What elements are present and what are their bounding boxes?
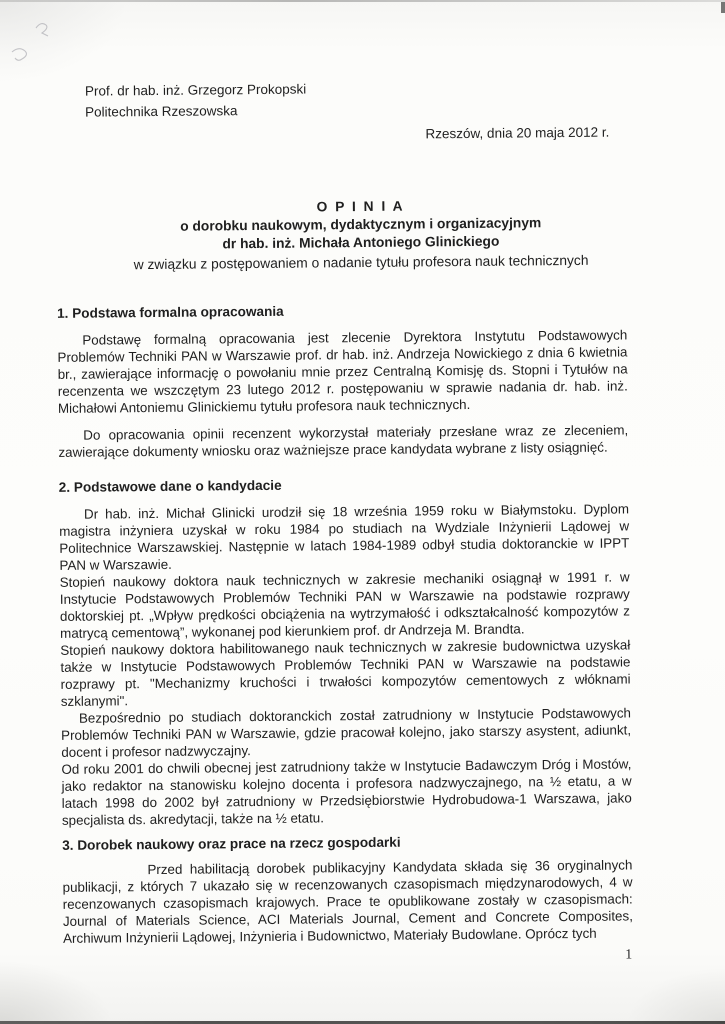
section-heading: 2. Podstawowe dane o kandydacie (59, 473, 629, 495)
section-3: 3. Dorobek naukowy oraz prace na rzecz g… (62, 831, 633, 946)
document-content: Prof. dr hab. inż. Grzegorz Prokopski Po… (0, 0, 725, 1024)
section-2: 2. Podstawowe dane o kandydacie Dr hab. … (59, 473, 632, 828)
document-body: 1. Podstawa formalna opracowania Podstaw… (57, 299, 633, 946)
sender-block: Prof. dr hab. inż. Grzegorz Prokopski Po… (85, 75, 722, 123)
scan-corner-mark (721, 2, 725, 13)
section-1: 1. Podstawa formalna opracowania Podstaw… (57, 299, 628, 460)
paragraph: Przed habilitacją dorobek publikacyjny K… (62, 856, 633, 946)
paragraph: Bezpośrednio po studiach doktoranckich z… (61, 704, 631, 760)
paragraph: Stopień naukowy doktora nauk technicznyc… (60, 568, 631, 641)
dateline: Rzeszów, dnia 20 maja 2012 r. (0, 124, 722, 146)
paragraph: Dr hab. inż. Michał Glinicki urodził się… (59, 500, 630, 573)
section-heading: 3. Dorobek naukowy oraz prace na rzecz g… (62, 831, 632, 853)
paragraph: Do opracowania opinii recenzent wykorzys… (58, 421, 628, 460)
scanned-page: Prof. dr hab. inż. Grzegorz Prokopski Po… (0, 0, 725, 1024)
page-number: 1 (625, 947, 632, 963)
title-block: O P I N I A o dorobku naukowym, dydaktyc… (0, 195, 724, 276)
paragraph: Stopień naukowy doktora habilitowanego n… (60, 636, 631, 709)
paragraph: Od roku 2001 do chwili obecnej jest zatr… (61, 755, 632, 828)
paragraph: Podstawę formalną opracowania jest zlece… (57, 326, 628, 416)
section-heading: 1. Podstawa formalna opracowania (57, 299, 627, 321)
